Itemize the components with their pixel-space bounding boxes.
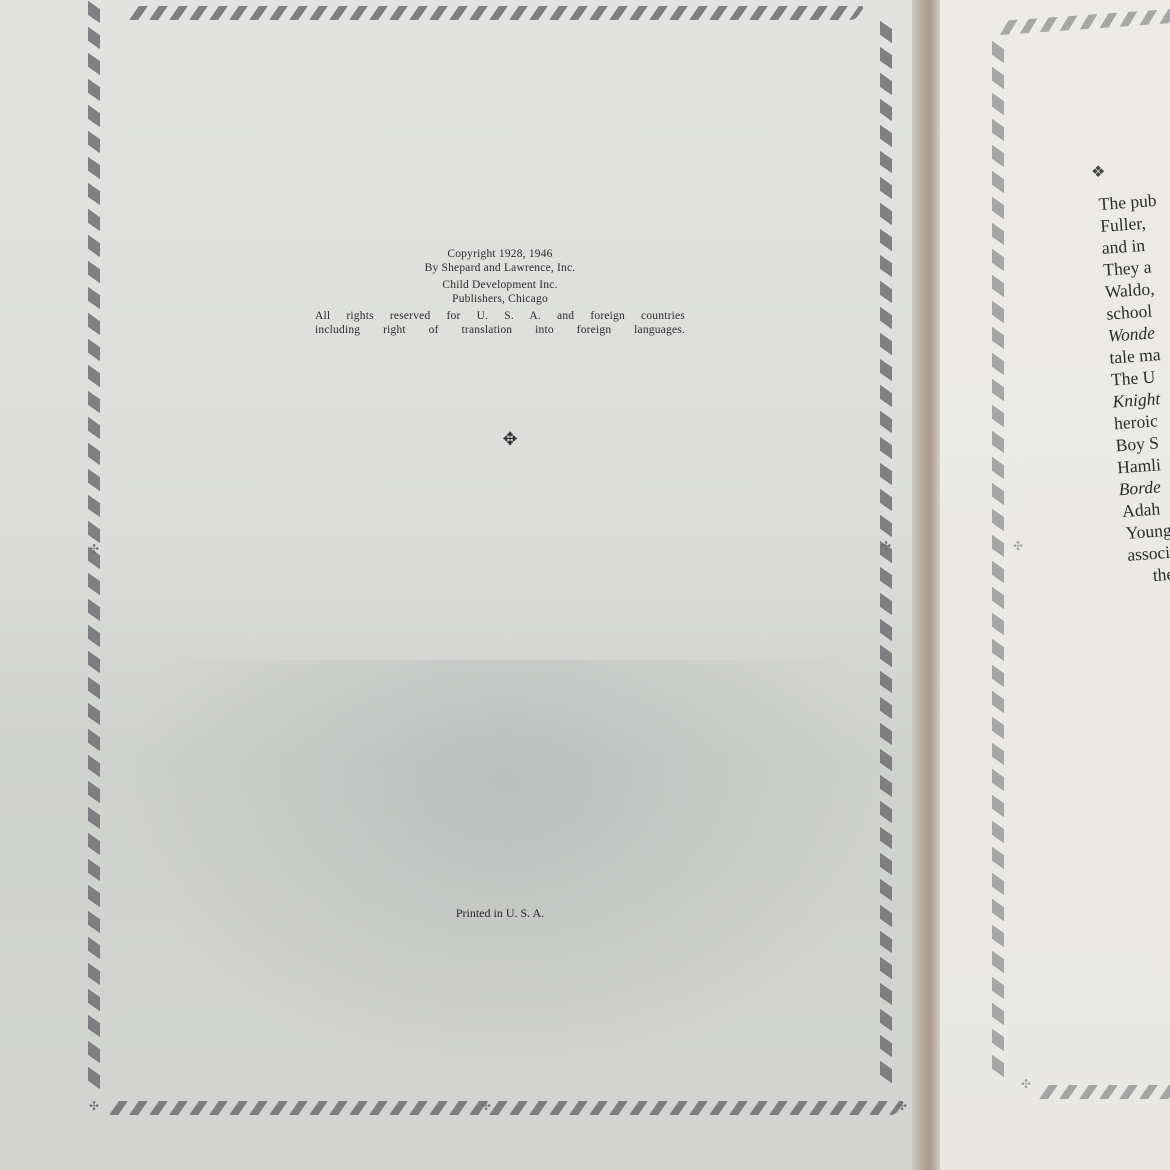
rights-line: including right of translation into fore… — [315, 323, 685, 337]
rope-border-bottom — [105, 1101, 905, 1115]
publisher-line: Child Development Inc. — [280, 278, 720, 292]
corner-ornament-icon: ✣ — [480, 1100, 492, 1112]
copyright-line: Copyright 1928, 1946 — [280, 247, 720, 261]
rope-border-right — [880, 16, 892, 1094]
left-page: ​ ✣ ✣ ✣ ✣ ✣ Copyright 1928, 1946 By Shep… — [0, 0, 930, 1170]
corner-ornament-icon: ✣ — [88, 1100, 100, 1112]
hand-shadow — [120, 660, 890, 1080]
corner-ornament-icon: ✣ — [1020, 1078, 1032, 1090]
rights-line: All rights reserved for U. S. A. and for… — [315, 309, 685, 323]
side-ornament-icon: ✣ — [88, 543, 100, 555]
copyright-notice: Copyright 1928, 1946 By Shepard and Lawr… — [280, 247, 720, 337]
publisher-location: Publishers, Chicago — [280, 292, 720, 306]
diamond-ornament-icon: ❖ — [1091, 162, 1105, 181]
rope-border-top — [125, 6, 865, 20]
corner-ornament-icon: ✣ — [896, 1100, 908, 1112]
rope-border-bottom — [1035, 1085, 1170, 1099]
flower-ornament-icon: ✥ — [501, 431, 519, 449]
rope-border-left — [992, 36, 1004, 1084]
text-line: Young — [1121, 517, 1170, 545]
rope-border-top — [996, 7, 1170, 36]
side-ornament-icon: ✣ — [1012, 540, 1024, 552]
publisher-line: By Shepard and Lawrence, Inc. — [280, 261, 720, 275]
text-line: tale ma — [1109, 341, 1170, 369]
side-ornament-icon: ✣ — [880, 540, 892, 552]
text-line: e — [1126, 582, 1170, 610]
text-line: Adah — [1119, 495, 1170, 523]
printed-in-usa: Printed in U. S. A. — [400, 906, 600, 921]
text-line: Borde — [1118, 473, 1170, 501]
text-line: associa — [1123, 539, 1170, 567]
book-gutter — [912, 0, 942, 1170]
